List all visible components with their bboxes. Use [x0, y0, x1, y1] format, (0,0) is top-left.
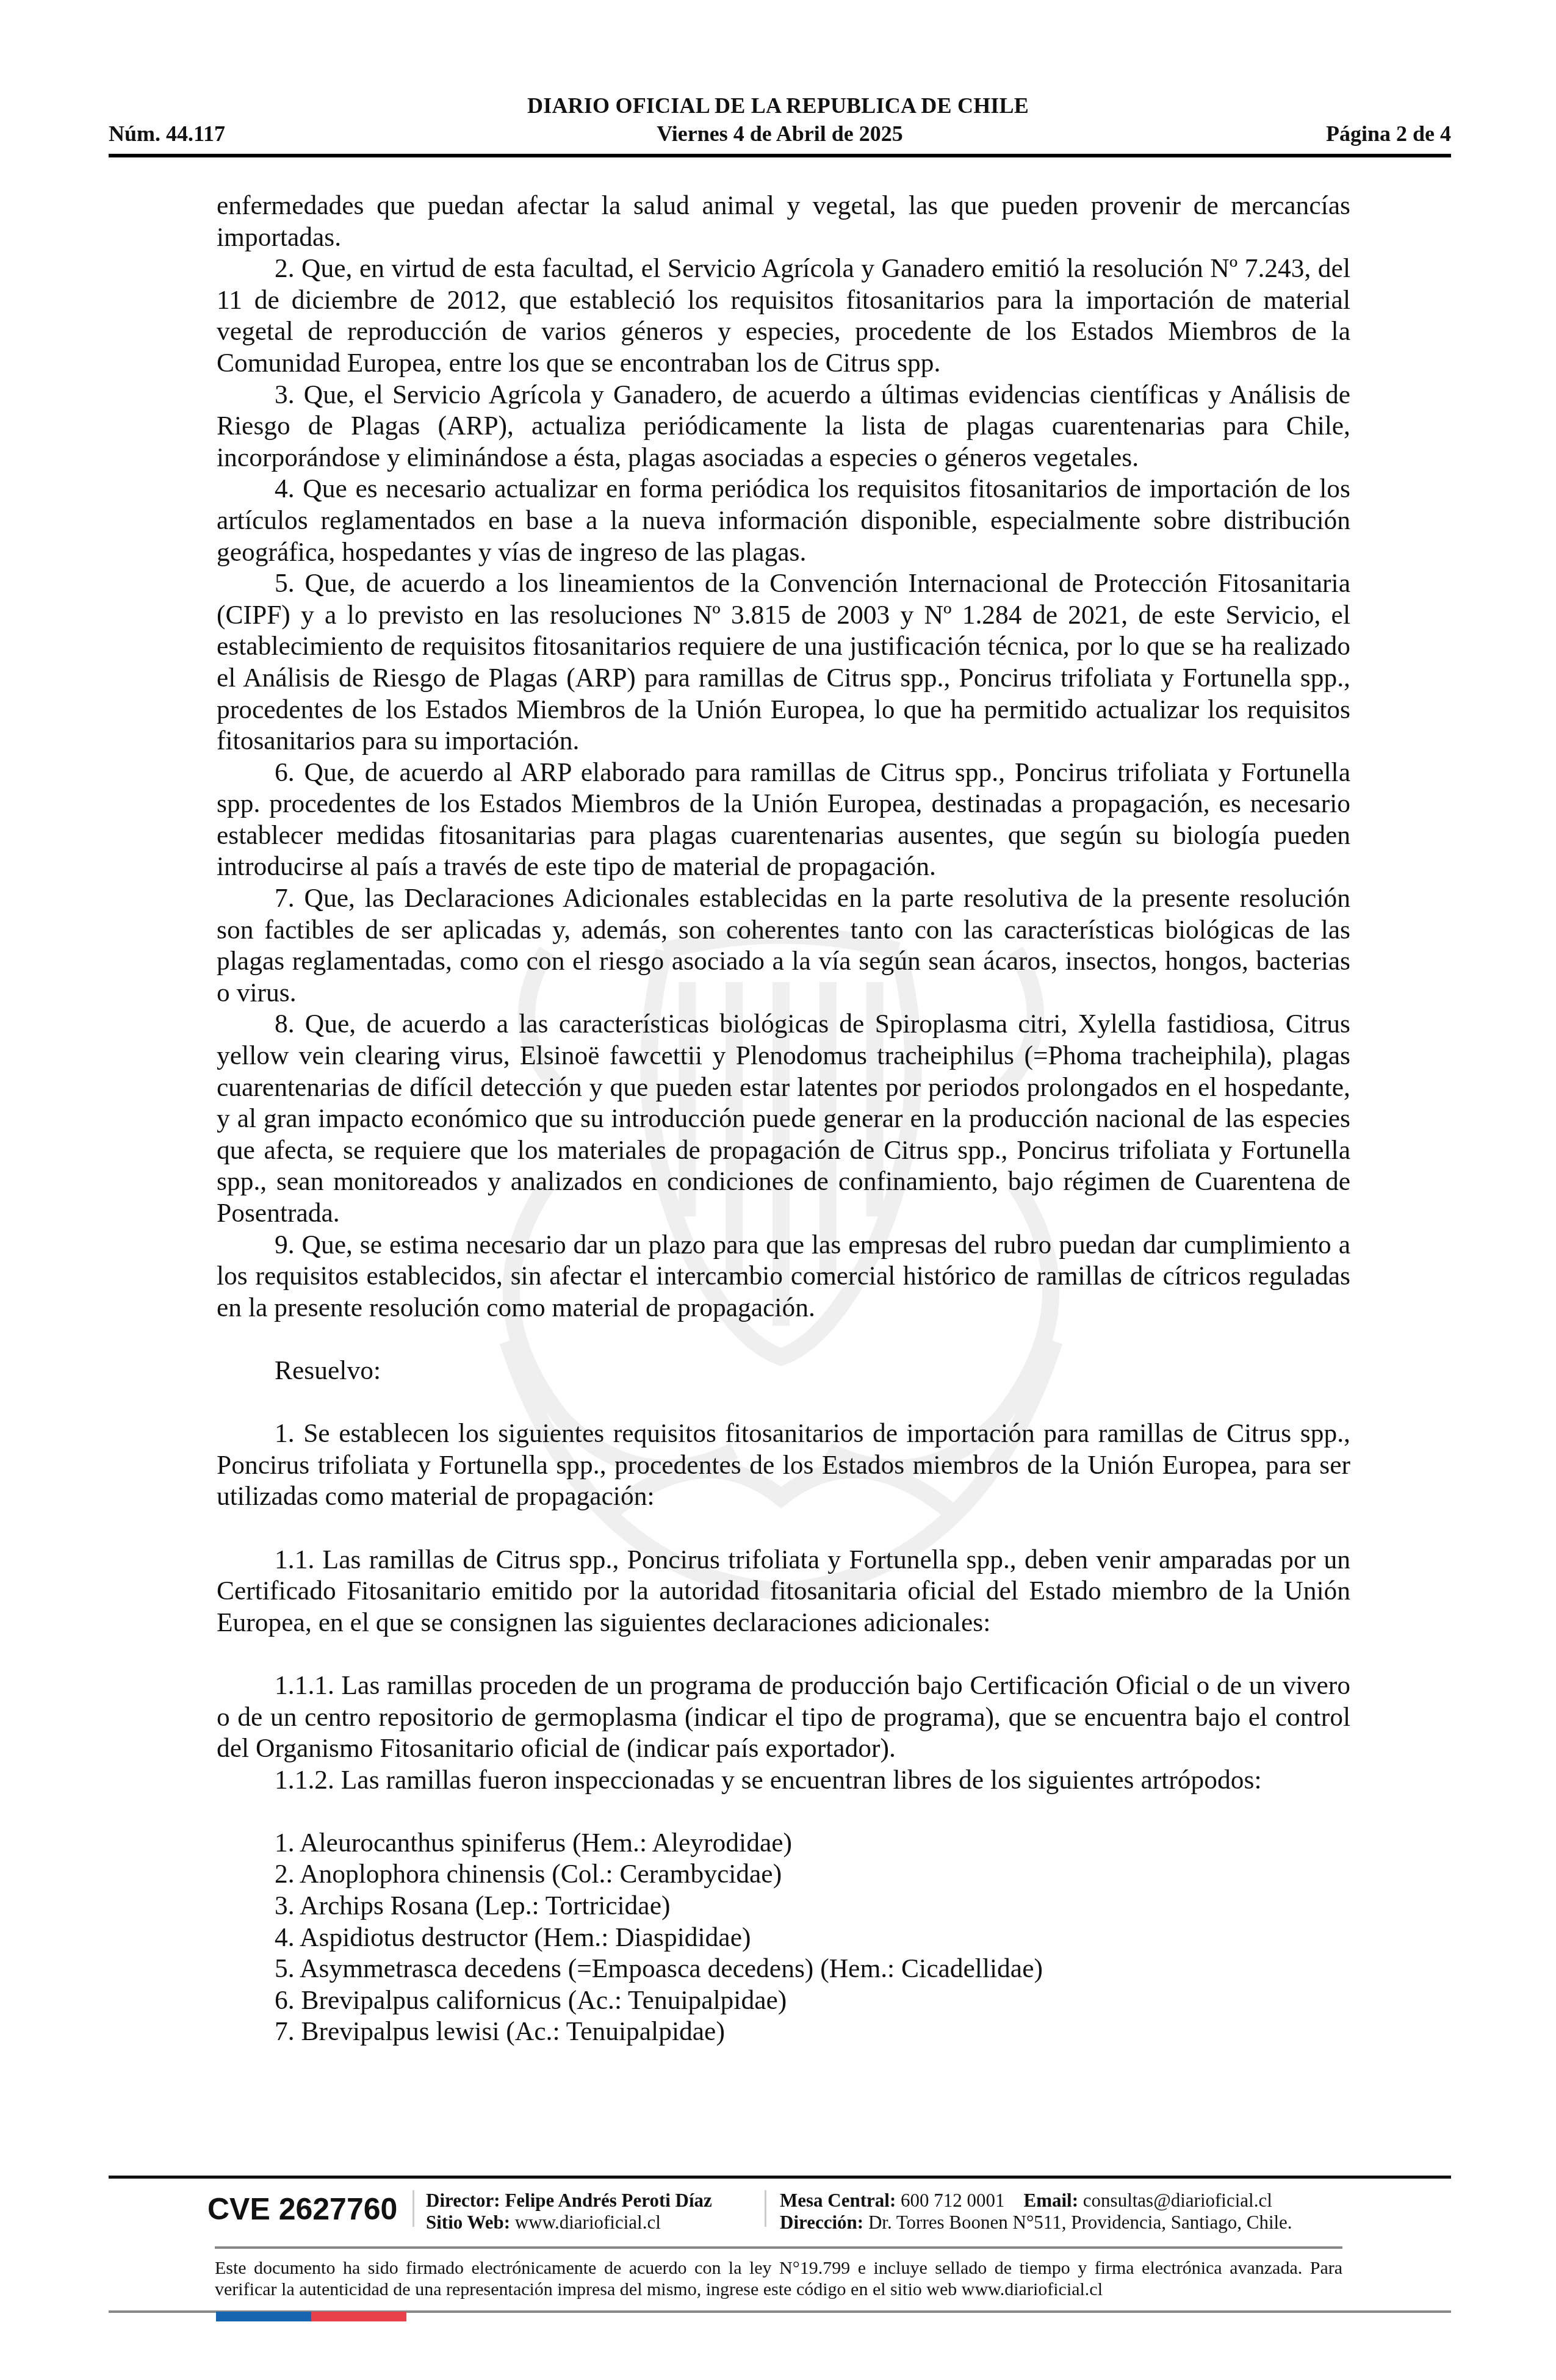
considerando-8: 8. Que, de acuerdo a las características…	[217, 1009, 1350, 1229]
signature-disclaimer: Este documento ha sido firmado electróni…	[215, 2257, 1342, 2300]
header-divider	[109, 154, 1451, 157]
arthropod-list: 1. Aleurocanthus spiniferus (Hem.: Aleyr…	[217, 1828, 1350, 2048]
resolution-1-1-1: 1.1.1. Las ramillas proceden de un progr…	[217, 1670, 1350, 1765]
newspaper-title: DIARIO OFICIAL DE LA REPUBLICA DE CHILE	[0, 93, 1556, 118]
list-item: 6. Brevipalpus californicus (Ac.: Tenuip…	[217, 1985, 1350, 2017]
phone-number: 600 712 0001	[901, 2190, 1005, 2211]
list-item: 2. Anoplophora chinensis (Col.: Cerambyc…	[217, 1859, 1350, 1891]
chile-flag-bar-icon	[216, 2312, 406, 2321]
director-name: Felipe Andrés Peroti Díaz	[505, 2190, 712, 2211]
list-item: 5. Asymmetrasca decedens (=Empoasca dece…	[217, 1953, 1350, 1985]
considerando-3: 3. Que, el Servicio Agrícola y Ganadero,…	[217, 380, 1350, 474]
website-label: Sitio Web:	[426, 2212, 510, 2233]
issue-date: Viernes 4 de Abril de 2025	[109, 121, 1451, 146]
considerando-6: 6. Que, de acuerdo al ARP elaborado para…	[217, 757, 1350, 883]
header-meta-row: Núm. 44.117 Viernes 4 de Abril de 2025 P…	[109, 121, 1451, 148]
considerando-2: 2. Que, en virtud de esta facultad, el S…	[217, 253, 1350, 379]
footer-divider-secondary	[215, 2246, 1342, 2249]
cve-code: CVE 2627760	[207, 2191, 397, 2227]
considerando-9: 9. Que, se estima necesario dar un plazo…	[217, 1230, 1350, 1324]
paragraph-continuation: enfermedades que puedan afectar la salud…	[217, 190, 1350, 253]
list-item: 7. Brevipalpus lewisi (Ac.: Tenuipalpida…	[217, 2016, 1350, 2048]
flag-blue-segment	[216, 2312, 311, 2321]
resuelvo-heading: Resuelvo:	[217, 1355, 1350, 1387]
phone-label: Mesa Central:	[780, 2190, 896, 2211]
email-link[interactable]: consultas@diarioficial.cl	[1083, 2190, 1272, 2211]
resolution-1-1-2: 1.1.2. Las ramillas fueron inspeccionada…	[217, 1765, 1350, 1797]
footer-director-block: Director: Felipe Andrés Peroti Díaz Siti…	[426, 2190, 712, 2234]
email-label: Email:	[1024, 2190, 1079, 2211]
list-item: 1. Aleurocanthus spiniferus (Hem.: Aleyr…	[217, 1828, 1350, 1859]
list-item: 3. Archips Rosana (Lep.: Tortricidae)	[217, 1891, 1350, 1922]
address-value: Dr. Torres Boonen N°511, Providencia, Sa…	[868, 2212, 1292, 2233]
footer-separator	[765, 2190, 766, 2227]
footer-divider	[109, 2176, 1451, 2179]
considerando-7: 7. Que, las Declaraciones Adicionales es…	[217, 883, 1350, 1009]
footer-contact-block: Mesa Central: 600 712 0001 Email: consul…	[780, 2190, 1292, 2234]
address-label: Dirección:	[780, 2212, 863, 2233]
page-indicator: Página 2 de 4	[1326, 121, 1451, 146]
website-link[interactable]: www.diarioficial.cl	[515, 2212, 661, 2233]
list-item: 4. Aspidiotus destructor (Hem.: Diaspidi…	[217, 1922, 1350, 1954]
considerando-4: 4. Que es necesario actualizar en forma …	[217, 474, 1350, 568]
considerando-5: 5. Que, de acuerdo a los lineamientos de…	[217, 568, 1350, 757]
flag-red-segment	[311, 2312, 406, 2321]
document-body: enfermedades que puedan afectar la salud…	[217, 190, 1350, 2048]
resolution-1-1: 1.1. Las ramillas de Citrus spp., Poncir…	[217, 1545, 1350, 1639]
footer-separator	[412, 2190, 414, 2227]
director-label: Director:	[426, 2190, 500, 2211]
resolution-1: 1. Se establecen los siguientes requisit…	[217, 1418, 1350, 1513]
